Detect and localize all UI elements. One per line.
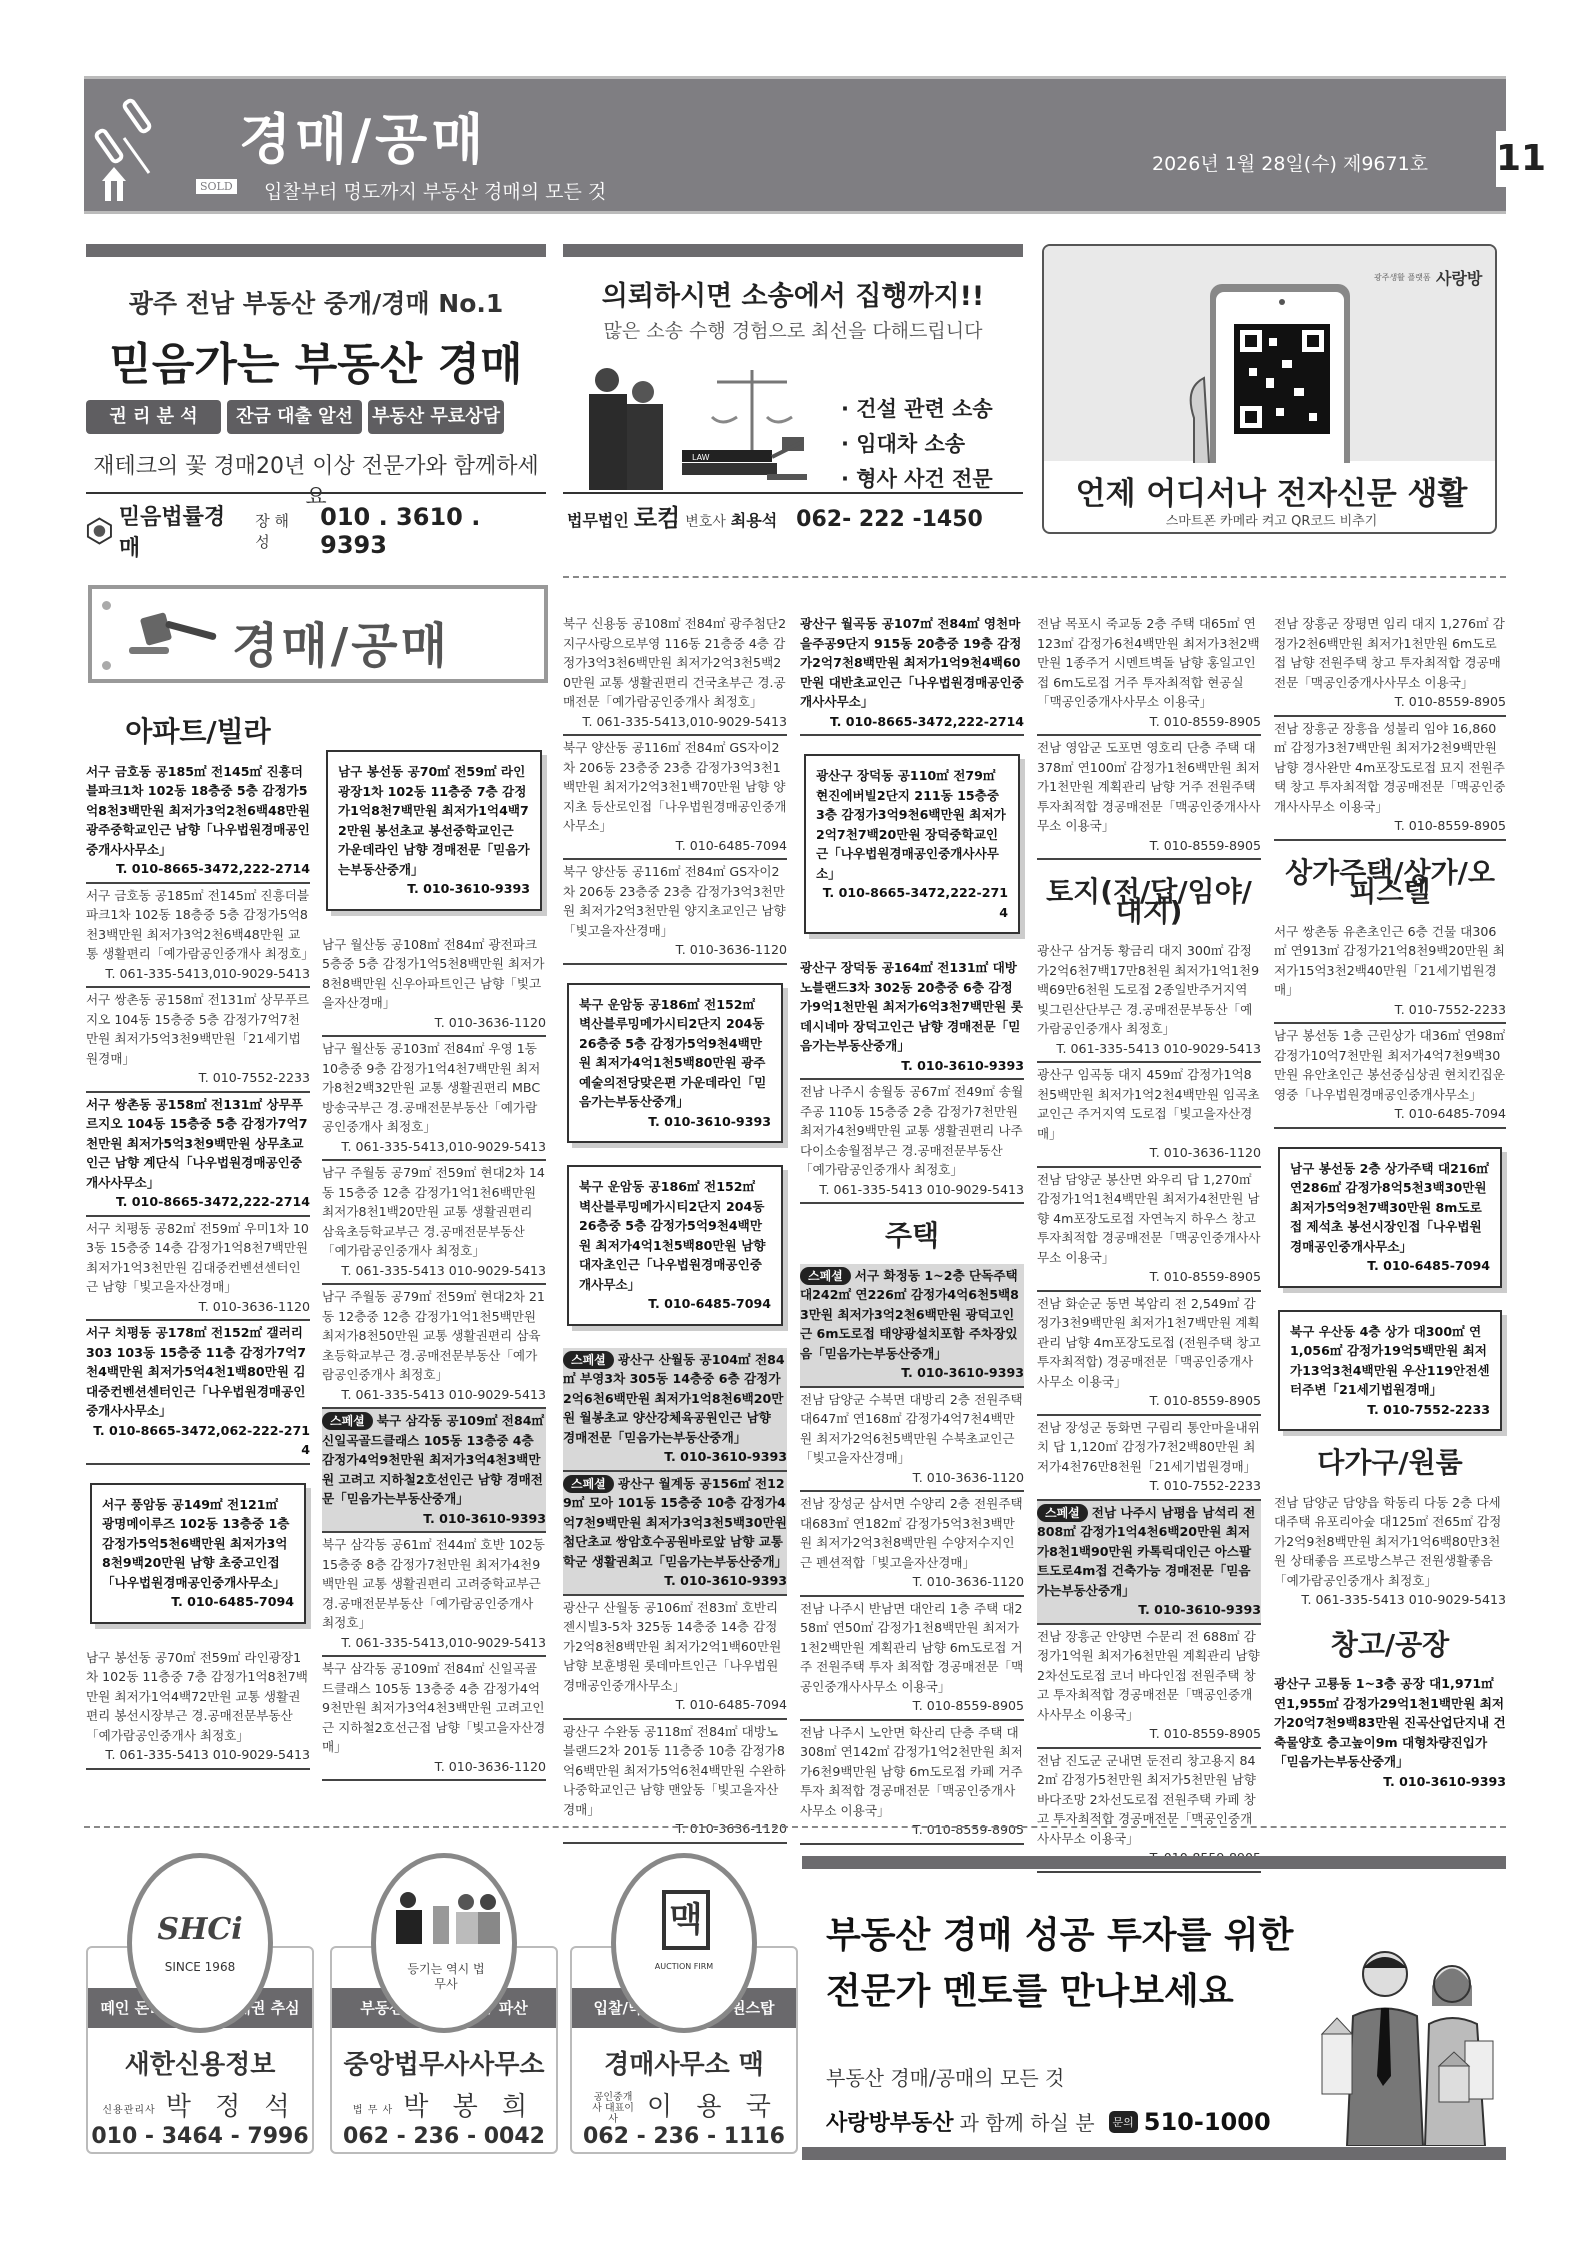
brand-small: 광주생활 플랫폼 — [1374, 272, 1431, 283]
listing-item[interactable]: 북구 삼각동 공61㎡ 전44㎡ 호반 102동 15층중 8층 감정가7천만원… — [322, 1533, 546, 1657]
ad-subhead: 많은 소송 수행 경험으로 최선을 다해드립니다 — [563, 316, 1023, 343]
listing-phone[interactable]: T. 061-335-5413,010-9029-5413 — [322, 1137, 546, 1157]
dashed-divider — [84, 1826, 1506, 1828]
listing-text: 전남 장흥군 안양면 수문리 전 688㎡ 감정가1억원 최저가6천만원 계획관… — [1037, 1629, 1260, 1722]
listing-item[interactable]: 광산구 장덕동 공164㎡ 전131㎡ 대방노블랜드3차 302동 20층중 6… — [800, 956, 1024, 1080]
mentor-sub: 부동산 경매/공매의 모든 것 — [826, 2062, 1064, 2091]
listing-text: 전남 진도군 군내면 둔전리 창고용지 842㎡ 감정가5천만원 최저가5천만원… — [1037, 1753, 1256, 1846]
ad-subhead: 스마트폰 카메라 켜고 QR코드 비추기 — [1044, 510, 1497, 529]
category-heading: 창고/공장 — [1274, 1635, 1506, 1655]
listing-item[interactable]: 광산구 고룡동 1~3층 공장 대1,971㎡ 연1,955㎡ 감정가29억1천… — [1274, 1672, 1506, 1794]
listing-text: 남구 봉선동 공70㎡ 전59㎡ 라인광장1차 102동 11층중 7층 감정가… — [338, 764, 530, 877]
listing-text: 광산구 임곡동 대지 459㎡ 감정가1억8천5백만원 최저가1억2천4백만원 … — [1037, 1067, 1260, 1141]
listing-phone[interactable]: T. 010-3636-1120 — [322, 1013, 546, 1033]
listing-phone[interactable]: T. 010-6485-7094 — [579, 1294, 771, 1314]
listing-item[interactable]: 전남 담양군 봉산면 와우리 답 1,270㎡ 감정가1억1천4백만원 최저가4… — [1037, 1168, 1261, 1292]
lawyer-logo-circle: 등기는 역시 법무사 — [371, 1853, 517, 2033]
ad-top-bar — [802, 1856, 1506, 1869]
special-badge: 스페셜 — [563, 1351, 614, 1369]
listing-column-4: 광산구 월곡동 공107㎡ 전84㎡ 영천마을주공9단지 915동 20층중 1… — [800, 612, 1024, 1845]
mentor-headline: 부동산 경매 성공 투자를 위한 전문가 멘토를 만나보세요 — [826, 1908, 1293, 2020]
svg-text:LAW: LAW — [692, 453, 710, 462]
listing-phone[interactable]: T. 010-3610-9393 — [338, 879, 530, 899]
listing-item[interactable]: 남구 주월동 공79㎡ 전59㎡ 현대2차 21동 12층중 12층 감정가1억… — [322, 1285, 546, 1409]
listing-text: 북구 삼각동 공109㎡ 전84㎡ 신일곡골드클래스 105동 13층중 4층 … — [322, 1661, 545, 1754]
listing-item[interactable]: 북구 양산동 공116㎡ 전84㎡ GS자이2차 206동 23층중 23층 감… — [563, 860, 787, 965]
listing-text: 남구 월산동 공108㎡ 전84㎡ 광전파크 5층중 5층 감정가1억5천8백만… — [322, 937, 544, 1011]
listing-text: 서구 치평동 공178㎡ 전152㎡ 갤러리303 103동 15층중 11층 … — [86, 1325, 306, 1418]
listing-text: 광산구 고룡동 1~3층 공장 대1,971㎡ 연1,955㎡ 감정가29억1천… — [1274, 1676, 1506, 1769]
category-heading: 토지(전/답/임야/대지) — [1037, 882, 1261, 921]
listing-text: 전남 나주시 반남면 대안리 1층 주택 대258㎡ 연50㎡ 감정가1천8백만… — [800, 1601, 1023, 1694]
divider — [563, 492, 1023, 494]
listing-text: 남구 봉선동 2층 상가주택 대216㎡ 연286㎡ 감정가8억5천3백30만원… — [1290, 1161, 1489, 1254]
listing-text: 북구 삼각동 공61㎡ 전44㎡ 호반 102동 15층중 8층 감정가7천만원… — [322, 1537, 545, 1630]
listing-phone[interactable]: T. 061-335-5413 010-9029-5413 — [1274, 1590, 1506, 1610]
listing-text: 서구 쌍촌동 공158㎡ 전131㎡ 상무푸르지오 104동 15층중 5층 감… — [86, 1097, 307, 1190]
special-listing[interactable]: 스페셜전남 나주시 남평읍 남석리 전 808㎡ 감정가1억4천6백20만원 최… — [1037, 1501, 1261, 1625]
listing-text: 남구 봉선동 1층 근린상가 대36㎡ 연98㎡ 감정가10억7천만원 최저가4… — [1274, 1028, 1505, 1102]
listing-phone[interactable]: T. 010-6485-7094 — [563, 1695, 787, 1715]
special-badge: 스페셜 — [322, 1412, 373, 1430]
listing-phone[interactable]: T. 010-8665-3472,222-2714 — [86, 1192, 310, 1212]
listing-text: 전남 담양군 담양읍 학동리 다동 2층 다세대주택 유포리아숲 대125㎡ 전… — [1274, 1495, 1501, 1588]
listing-item[interactable]: 서구 치평동 공82㎡ 전59㎡ 우미1차 103동 15층중 14층 감정가1… — [86, 1217, 310, 1322]
special-listing[interactable]: 스페셜광산구 산월동 공104㎡ 전84㎡ 부영3차 305동 14층중 6층 … — [563, 1348, 787, 1472]
firm-name: 로컴 — [634, 498, 680, 533]
listing-text: 광산구 수완동 공118㎡ 전84㎡ 대방노블랜드2차 201동 11층중 10… — [563, 1724, 786, 1817]
featured-listing[interactable]: 북구 운암동 공186㎡ 전152㎡ 벽산블루밍메가시티2단지 204동 26층… — [567, 983, 783, 1144]
section-title-box: 경매/공매 — [88, 585, 548, 683]
page-number: 11 — [1496, 131, 1538, 187]
listing-phone[interactable]: T. 010-7552-2233 — [1037, 1476, 1261, 1496]
special-listing[interactable]: 스페셜서구 화정동 1~2층 단독주택 대242㎡ 연226㎡ 감정가4억6천5… — [800, 1264, 1024, 1388]
listing-text: 북구 신용동 공108㎡ 전84㎡ 광주첨단2지구사랑으로부영 116동 21층… — [563, 616, 786, 709]
gavel-icon — [127, 611, 222, 657]
dashed-divider — [563, 576, 1506, 578]
listing-phone[interactable]: T. 010-3636-1120 — [86, 1297, 310, 1317]
listing-phone[interactable]: T. 010-8559-8905 — [1274, 816, 1506, 836]
listing-item[interactable]: 전남 영암군 도포면 영호리 단층 주택 대378㎡ 연100㎡ 감정가1천6백… — [1037, 736, 1261, 860]
listing-phone[interactable]: T. 010-3610-9393 — [563, 1447, 787, 1467]
ad-top-bar — [86, 244, 546, 257]
featured-listing[interactable]: 서구 풍암동 공149㎡ 전121㎡ 광명메이루즈 102동 13층중 1층 감… — [90, 1483, 306, 1624]
listing-item[interactable]: 전남 나주시 반남면 대안리 1층 주택 대258㎡ 연50㎡ 감정가1천8백만… — [800, 1597, 1024, 1721]
listing-phone[interactable]: T. 010-3636-1120 — [322, 1757, 546, 1777]
card-role: 법 무 사 — [353, 2105, 393, 2116]
listing-item[interactable]: 광산구 임곡동 대지 459㎡ 감정가1억8천5백만원 최저가1억2천4백만원 … — [1037, 1063, 1261, 1168]
shci-logo: SHCi — [132, 1912, 268, 1947]
listing-phone[interactable]: T. 010-8559-8905 — [1037, 1391, 1261, 1411]
listing-phone[interactable]: T. 010-7552-2233 — [1290, 1400, 1490, 1420]
firm-prefix: 법무법인 — [567, 508, 629, 531]
card-phone[interactable]: 010 - 3464 - 7996 — [88, 2124, 312, 2149]
card-person: 신용관리사박 정 석 — [88, 2086, 312, 2123]
listing-item[interactable]: 광산구 수완동 공118㎡ 전84㎡ 대방노블랜드2차 201동 11층중 10… — [563, 1720, 787, 1844]
listing-column-3: 북구 신용동 공108㎡ 전84㎡ 광주첨단2지구사랑으로부영 116동 21층… — [563, 612, 787, 1844]
listing-text: 서구 금호동 공185㎡ 전145㎡ 진흥더블파크1차 102동 18층중 5층… — [86, 764, 310, 857]
listing-item[interactable]: 전남 장흥군 장평면 임리 대지 1,276㎡ 감정가2천6백만원 최저가1천만… — [1274, 612, 1506, 717]
listing-phone[interactable]: T. 010-8559-8905 — [800, 1820, 1024, 1840]
listing-phone[interactable]: T. 061-335-5413,010-9029-5413 — [86, 964, 310, 984]
listing-phone[interactable]: T. 010-8559-8905 — [1037, 1724, 1261, 1744]
page-subtitle: 입찰부터 명도까지 부동산 경매의 모든 것 — [264, 177, 606, 204]
listing-item[interactable]: 전남 진도군 군내면 둔전리 창고용지 842㎡ 감정가5천만원 최저가5천만원… — [1037, 1749, 1261, 1873]
ad-service: · 임대차 소송 — [841, 427, 993, 462]
listing-text: 전남 목포시 죽교동 2층 주택 대65㎡ 연123㎡ 감정가6천4백만원 최저… — [1037, 616, 1260, 709]
issue-date: 2026년 1월 28일(수) 제9671호 — [1152, 149, 1428, 176]
featured-listing[interactable]: 광산구 장덕동 공110㎡ 전79㎡ 현진에버빌2단지 211동 15층중 3층… — [804, 754, 1020, 934]
listing-phone[interactable]: T. 010-8559-8905 — [1037, 1267, 1261, 1287]
listing-text: 전남 장성군 삼서면 수양리 2층 전원주택 대683㎡ 연182㎡ 감정가5억… — [800, 1496, 1023, 1570]
listing-phone[interactable]: T. 010-7552-2233 — [86, 1068, 310, 1088]
listing-item[interactable]: 전남 담양군 수북면 대방리 2층 전원주택 대647㎡ 연168㎡ 감정가4억… — [800, 1388, 1024, 1493]
listing-phone[interactable]: T. 010-8665-3472,222-2714 — [816, 883, 1008, 922]
listing-phone[interactable]: T. 010-3610-9393 — [800, 1056, 1024, 1076]
listing-item[interactable]: 서구 치평동 공178㎡ 전152㎡ 갤러리303 103동 15층중 11층 … — [86, 1321, 310, 1465]
listing-phone[interactable]: T. 010-8559-8905 — [1274, 692, 1506, 712]
ad-phone[interactable]: 010 . 3610 . 9393 — [320, 503, 546, 559]
featured-listing[interactable]: 남구 봉선동 2층 상가주택 대216㎡ 연286㎡ 감정가8억5천3백30만원… — [1278, 1147, 1502, 1288]
listing-phone[interactable]: T. 010-8559-8905 — [800, 1696, 1024, 1716]
ad-headline: 언제 어디서나 전자신문 생활 — [1044, 468, 1497, 513]
listing-item[interactable]: 서구 금호동 공185㎡ 전145㎡ 진흥더블파크1차 102동 18층중 5층… — [86, 884, 310, 989]
listing-text: 전남 영암군 도포면 영호리 단층 주택 대378㎡ 연100㎡ 감정가1천6백… — [1037, 740, 1260, 833]
category-heading: 아파트/빌라 — [86, 722, 310, 742]
ad-pill-loan: 잔금 대출 알선 — [227, 400, 362, 434]
ad-service: · 건설 관련 소송 — [841, 392, 993, 427]
listing-text: 전남 나주시 노안면 학산리 단층 주택 대308㎡ 연142㎡ 감정가1억2천… — [800, 1725, 1023, 1818]
listing-phone[interactable]: T. 010-7552-2233 — [1274, 1000, 1506, 1020]
listing-phone[interactable]: T. 061-335-5413 010-9029-5413 — [1037, 1039, 1261, 1059]
listing-item[interactable]: 서구 쌍촌동 공158㎡ 전131㎡ 상무푸르지오 104동 15층중 5층 감… — [86, 1093, 310, 1217]
listing-item[interactable]: 서구 쌍촌동 공158㎡ 전131㎡ 상무푸르지오 104동 15층중 5층 감… — [86, 988, 310, 1093]
special-badge: 스페셜 — [1037, 1504, 1088, 1522]
listing-text: 전남 담양군 봉산면 와우리 답 1,270㎡ 감정가1억1천4백만원 최저가4… — [1037, 1172, 1260, 1265]
shci-logo-circle: SHCi SINCE 1968 — [127, 1853, 273, 2033]
listing-phone[interactable]: T. 061-335-5413,010-9029-5413 — [322, 1633, 546, 1653]
listing-item[interactable]: 전남 화순군 동면 복암리 전 2,549㎡ 감정가3천9백만원 최저가1천7백… — [1037, 1292, 1261, 1416]
listing-phone[interactable]: T. 010-6485-7094 — [102, 1592, 294, 1612]
maek-logo-circle: 맥 AUCTION FIRM — [611, 1853, 757, 2033]
ad-pill-consult: 부동산 무료상담 — [368, 400, 504, 434]
listing-phone[interactable]: T. 010-6485-7094 — [1274, 1104, 1506, 1124]
listing-item[interactable]: 광산구 삼거동 황금리 대지 300㎡ 감정가2억6천7백17만8천원 최저가1… — [1037, 939, 1261, 1063]
page-header: 경매/공매 SOLD 입찰부터 명도까지 부동산 경매의 모든 것 2026년 … — [84, 76, 1506, 214]
special-listing[interactable]: 스페셜광산구 월계동 공156㎡ 전129㎡ 모아 101동 15층중 10층 … — [563, 1472, 787, 1596]
section-title: 경매/공매 — [232, 607, 450, 676]
listing-text: 전남 장흥군 장흥읍 성불리 임야 16,860㎡ 감정가3천7백만원 최저가2… — [1274, 721, 1505, 814]
listing-item[interactable]: 전남 담양군 담양읍 학동리 다동 2층 다세대주택 유포리아숲 대125㎡ 전… — [1274, 1491, 1506, 1613]
listing-column-6: 전남 장흥군 장평면 임리 대지 1,276㎡ 감정가2천6백만원 최저가1천만… — [1274, 612, 1506, 1794]
listing-item[interactable]: 서구 쌍촌동 유촌초인근 6층 건물 대306㎡ 연913㎡ 감정가21억8천9… — [1274, 920, 1506, 1025]
listing-phone[interactable]: T. 010-3610-9393 — [1274, 1772, 1506, 1792]
listing-text: 북구 운암동 공186㎡ 전152㎡ 벽산블루밍메가시티2단지 204동 26층… — [579, 1179, 765, 1292]
listing-text: 북구 우산동 4층 상가 대300㎡ 연1,056㎡ 감정가19억5백만원 최저… — [1290, 1324, 1490, 1398]
listing-item[interactable]: 남구 봉선동 1층 근린상가 대36㎡ 연98㎡ 감정가10억7천만원 최저가4… — [1274, 1024, 1506, 1129]
listing-phone[interactable]: T. 010-3610-9393 — [322, 1509, 546, 1529]
ad-sarangbang-qr[interactable]: 광주생활 플랫폼 사랑방 언제 어디서나 전자신문 생활 스마트폰 카메라 켜고… — [1042, 244, 1497, 534]
gavel-house-icon — [94, 93, 184, 203]
ad-bottom-bar — [802, 2147, 1506, 2160]
listing-item[interactable]: 북구 양산동 공116㎡ 전84㎡ GS자이2차 206동 23층중 23층 감… — [563, 736, 787, 860]
listing-text: 서구 쌍촌동 공158㎡ 전131㎡ 상무푸르지오 104동 15층중 5층 감… — [86, 992, 309, 1066]
listing-phone[interactable]: T. 010-3636-1120 — [563, 940, 787, 960]
listing-column-5: 전남 목포시 죽교동 2층 주택 대65㎡ 연123㎡ 감정가6천4백만원 최저… — [1037, 612, 1261, 1873]
listing-phone[interactable]: T. 010-8559-8905 — [1037, 836, 1261, 856]
listing-item[interactable]: 광산구 월곡동 공107㎡ 전84㎡ 영천마을주공9단지 915동 20층중 1… — [800, 612, 1024, 736]
ad-person: 장 해 성 — [255, 510, 306, 552]
listing-text: 광산구 산월동 공106㎡ 전83㎡ 호반리젠시빌3-5차 325동 14층중 … — [563, 1600, 781, 1693]
listing-phone[interactable]: T. 010-6485-7094 — [563, 836, 787, 856]
card-person: 법 무 사박 봉 희 — [332, 2086, 556, 2123]
special-badge: 스페셜 — [563, 1475, 614, 1493]
ad-service-list: · 건설 관련 소송 · 임대차 소송 · 형사 사건 전문 — [841, 392, 993, 497]
listing-item[interactable]: 남구 월산동 공108㎡ 전84㎡ 광전파크 5층중 5층 감정가1억5천8백만… — [322, 933, 546, 1038]
listing-text: 남구 봉선동 공70㎡ 전59㎡ 라인광장1차 102동 11층중 7층 감정가… — [86, 1650, 308, 1743]
emblem-icon — [86, 517, 113, 545]
ad-top-bar — [563, 244, 1023, 257]
listing-text: 서구 풍암동 공149㎡ 전121㎡ 광명메이루즈 102동 13층중 1층 감… — [102, 1497, 289, 1590]
listing-text: 서구 쌍촌동 유촌초인근 6층 건물 대306㎡ 연913㎡ 감정가21억8천9… — [1274, 924, 1505, 998]
listing-text: 광산구 장덕동 공110㎡ 전79㎡ 현진에버빌2단지 211동 15층중 3층… — [816, 768, 1006, 881]
brand-logo: 사랑방 — [1436, 266, 1482, 289]
listing-phone[interactable]: T. 061-335-5413 010-9029-5413 — [800, 1180, 1024, 1200]
listing-item[interactable]: 전남 장성군 삼서면 수양리 2층 전원주택 대683㎡ 연182㎡ 감정가5억… — [800, 1492, 1024, 1597]
mentors-illustration-icon — [1317, 1946, 1497, 2146]
listing-phone[interactable]: T. 061-335-5413 010-9029-5413 — [322, 1261, 546, 1281]
ad-phone[interactable]: 062- 222 -1450 — [796, 507, 983, 532]
card-company: 중앙법무사사무소 — [332, 2044, 556, 2081]
listing-item[interactable]: 북구 삼각동 공109㎡ 전84㎡ 신일곡골드클래스 105동 13층중 4층 … — [322, 1657, 546, 1781]
lawyer-title: 변호사 — [685, 511, 726, 531]
listing-phone[interactable]: T. 010-3610-9393 — [800, 1363, 1024, 1383]
card-role: 공인중개사 대표이사 — [589, 2092, 637, 2125]
category-heading: 상가주택/상가/오피스텔 — [1274, 863, 1506, 902]
listing-item[interactable]: 전남 장흥군 장흥읍 성불리 임야 16,860㎡ 감정가3천7백만원 최저가2… — [1274, 717, 1506, 841]
listing-text: 전남 장흥군 장평면 임리 대지 1,276㎡ 감정가2천6백만원 최저가1천만… — [1274, 616, 1505, 690]
consultation-illustration-icon — [388, 1888, 508, 1948]
listing-phone[interactable]: T. 061-335-5413 010-9029-5413 — [322, 1385, 546, 1405]
inquiry-badge: 문의 — [1109, 2111, 1138, 2133]
listing-phone[interactable]: T. 010-6485-7094 — [1290, 1256, 1490, 1276]
ad-headline: 의뢰하시면 소송에서 집행까지!! — [563, 274, 1023, 313]
phone-qr-icon — [1164, 268, 1364, 463]
lawyer-name: 최용석 — [731, 508, 777, 531]
ad-tagline: 광주 전남 부동산 중개/경매 No.1 — [86, 284, 546, 320]
listing-item[interactable]: 전남 장성군 동화면 구림리 통안마을내위치 답 1,120㎡ 감정가7천2백8… — [1037, 1416, 1261, 1501]
listing-text: 전남 나주시 송월동 공67㎡ 전49㎡ 송월주공 110동 15층중 2층 감… — [800, 1084, 1023, 1177]
listing-phone[interactable]: T. 010-3610-9393 — [563, 1571, 787, 1591]
card-phone[interactable]: 062 - 236 - 0042 — [332, 2124, 556, 2149]
listing-text: 북구 운암동 공186㎡ 전152㎡ 벽산블루밍메가시티2단지 204동 26층… — [579, 997, 766, 1110]
listing-item[interactable]: 남구 봉선동 공70㎡ 전59㎡ 라인광장1차 102동 11층중 7층 감정가… — [86, 1646, 310, 1770]
listing-text: 남구 주월동 공79㎡ 전59㎡ 현대2차 14동 15층중 12층 감정가1억… — [322, 1165, 545, 1258]
listing-phone[interactable]: T. 010-3636-1120 — [1037, 1143, 1261, 1163]
listing-text: 광산구 장덕동 공164㎡ 전131㎡ 대방노블랜드3차 302동 20층중 6… — [800, 960, 1023, 1053]
category-heading: 다가구/원룸 — [1274, 1453, 1506, 1473]
featured-listing[interactable]: 북구 우산동 4층 상가 대300㎡ 연1,056㎡ 감정가19억5백만원 최저… — [1278, 1310, 1502, 1432]
listing-phone[interactable]: T. 010-8665-3472,222-2714 — [800, 712, 1024, 732]
card-company: 경매사무소 맥 — [572, 2044, 796, 2081]
listing-text: 남구 월산동 공103㎡ 전84㎡ 우영 1동 10층중 9층 감정가1억4천7… — [322, 1041, 540, 1134]
listing-item[interactable]: 서구 금호동 공185㎡ 전145㎡ 진흥더블파크1차 102동 18층중 5층… — [86, 760, 310, 884]
featured-listing[interactable]: 남구 봉선동 공70㎡ 전59㎡ 라인광장1차 102동 11층중 7층 감정가… — [326, 750, 542, 911]
listing-column-2: 남구 봉선동 공70㎡ 전59㎡ 라인광장1차 102동 11층중 7층 감정가… — [322, 732, 546, 1781]
listing-text: 북구 양산동 공116㎡ 전84㎡ GS자이2차 206동 23층중 23층 감… — [563, 740, 786, 833]
ad-pill-rights: 권 리 분 석 — [86, 400, 221, 434]
listing-item[interactable]: 북구 신용동 공108㎡ 전84㎡ 광주첨단2지구사랑으로부영 116동 21층… — [563, 612, 787, 736]
ad-headline: 믿음가는 부동산 경매 — [86, 328, 546, 392]
listing-text: 북구 양산동 공116㎡ 전84㎡ GS자이2차 206동 23층중 23층 감… — [563, 864, 786, 938]
listing-phone[interactable]: T. 010-8665-3472,222-2714 — [86, 859, 310, 879]
mentor-brand: 사랑방부동산 — [826, 2106, 954, 2137]
listing-item[interactable]: 전남 목포시 죽교동 2층 주택 대65㎡ 연123㎡ 감정가6천4백만원 최저… — [1037, 612, 1261, 736]
listing-text: 광산구 월곡동 공107㎡ 전84㎡ 영천마을주공9단지 915동 20층중 1… — [800, 616, 1024, 709]
listing-item[interactable]: 전남 나주시 송월동 공67㎡ 전49㎡ 송월주공 110동 15층중 2층 감… — [800, 1080, 1024, 1204]
listing-phone[interactable]: T. 061-335-5413,010-9029-5413 — [563, 712, 787, 732]
page-title: 경매/공매 — [239, 97, 487, 174]
listing-column-1: 아파트/빌라서구 금호동 공185㎡ 전145㎡ 진흥더블파크1차 102동 1… — [86, 700, 310, 1770]
card-role: 신용관리사 — [102, 2105, 155, 2116]
listing-item[interactable]: 광산구 산월동 공106㎡ 전83㎡ 호반리젠시빌3-5차 325동 14층중 … — [563, 1596, 787, 1720]
special-badge: 스페셜 — [800, 1267, 851, 1285]
ad-mideum-auction[interactable]: 광주 전남 부동산 중개/경매 No.1 믿음가는 부동산 경매 권 리 분 석… — [86, 244, 546, 534]
listing-item[interactable]: 남구 월산동 공103㎡ 전84㎡ 우영 1동 10층중 9층 감정가1억4천7… — [322, 1037, 546, 1161]
listing-item[interactable]: 전남 장흥군 안양면 수문리 전 688㎡ 감정가1억원 최저가6천만원 계획관… — [1037, 1625, 1261, 1749]
listing-phone[interactable]: T. 010-3636-1120 — [800, 1572, 1024, 1592]
listing-phone[interactable]: T. 010-3610-9393 — [1037, 1600, 1261, 1620]
listing-phone[interactable]: T. 010-3610-9393 — [579, 1112, 771, 1132]
card-company: 새한신용정보 — [88, 2044, 312, 2081]
listing-text: 서구 치평동 공82㎡ 전59㎡ 우미1차 103동 15층중 14층 감정가1… — [86, 1221, 309, 1295]
featured-listing[interactable]: 북구 운암동 공186㎡ 전152㎡ 벽산블루밍메가시티2단지 204동 26층… — [567, 1165, 783, 1326]
listing-phone[interactable]: T. 010-3636-1120 — [800, 1468, 1024, 1488]
listing-phone[interactable]: T. 061-335-5413 010-9029-5413 — [86, 1745, 310, 1765]
mentor-phone[interactable]: 510-1000 — [1144, 2108, 1271, 2136]
ad-mentor[interactable]: 부동산 경매 성공 투자를 위한 전문가 멘토를 만나보세요 부동산 경매/공매… — [802, 1856, 1506, 2160]
listing-text: 광산구 삼거동 황금리 대지 300㎡ 감정가2억6천7백17만8천원 최저가1… — [1037, 943, 1259, 1036]
card-person: 공인중개사 대표이사이 용 국 — [572, 2086, 796, 2125]
listing-text: 남구 주월동 공79㎡ 전59㎡ 현대2차 21동 12층중 12층 감정가1억… — [322, 1289, 545, 1382]
card-phone[interactable]: 062 - 236 - 1116 — [572, 2124, 796, 2149]
category-heading: 주택 — [800, 1226, 1024, 1246]
listing-text: 전남 장성군 동화면 구림리 통안마을내위치 답 1,120㎡ 감정가7천2백8… — [1037, 1420, 1260, 1474]
lawyers-illustration-icon: LAW — [577, 362, 817, 492]
listing-phone[interactable]: T. 010-8665-3472,062-222-2714 — [86, 1421, 310, 1460]
ad-brand: 믿음법률경매 — [119, 500, 241, 562]
listing-text: 전남 화순군 동면 복암리 전 2,549㎡ 감정가3천9백만원 최저가1천7백… — [1037, 1296, 1261, 1389]
listing-text: 전남 담양군 수북면 대방리 2층 전원주택 대647㎡ 연168㎡ 감정가4억… — [800, 1392, 1023, 1466]
ad-lawcom[interactable]: 의뢰하시면 소송에서 집행까지!! 많은 소송 수행 경험으로 최선을 다해드립… — [563, 244, 1023, 534]
listing-phone[interactable]: T. 010-8559-8905 — [1037, 712, 1261, 732]
sold-tag: SOLD — [196, 179, 237, 194]
special-listing[interactable]: 스페셜북구 삼각동 공109㎡ 전84㎡ 신일곡골드클래스 105동 13층중 … — [322, 1409, 546, 1533]
listing-text: 서구 금호동 공185㎡ 전145㎡ 진흥더블파크1차 102동 18층중 5층… — [86, 888, 314, 962]
listing-item[interactable]: 남구 주월동 공79㎡ 전59㎡ 현대2차 14동 15층중 12층 감정가1억… — [322, 1161, 546, 1285]
listing-phone[interactable]: T. 010-3636-1120 — [563, 1819, 787, 1839]
divider — [86, 492, 546, 494]
maek-logo: 맥 — [662, 1890, 710, 1950]
